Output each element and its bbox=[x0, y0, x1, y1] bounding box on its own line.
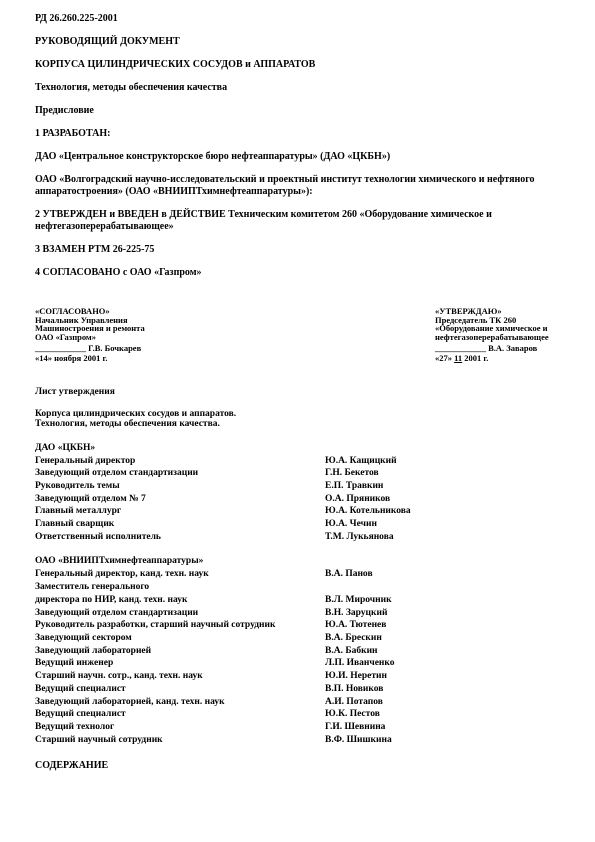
table-row: Заведующий сектором В.А. Брескин bbox=[35, 632, 570, 645]
table-row: Заведующий отделом стандартизации Г.Н. Б… bbox=[35, 467, 570, 480]
person-role: Старший научный сотрудник bbox=[35, 734, 325, 747]
approved-line: 2 УТВЕРЖДЕН и ВВЕДЕН в ДЕЙСТВИЕ Техничес… bbox=[35, 209, 570, 233]
person-name: В.П. Новиков bbox=[325, 683, 570, 696]
person-name: Г.Н. Бекетов bbox=[325, 467, 570, 480]
person-name: Ю.А. Чечин bbox=[325, 518, 570, 531]
approved-date-post: 2001 г. bbox=[462, 353, 488, 363]
person-name: Ю.А. Котельникова bbox=[325, 505, 570, 518]
agreed-signature-line: ____________ Г.В. Бочкарев bbox=[35, 344, 145, 353]
person-name: Ю.К. Пестов bbox=[325, 708, 570, 721]
organization-name-vniipt: ОАО «ВНИИПТхимнефтеаппаратуры» bbox=[35, 555, 570, 567]
table-row: Заведующий лабораторией В.А. Бабкин bbox=[35, 645, 570, 658]
table-row: Ведущий инженер Л.П. Иванченко bbox=[35, 657, 570, 670]
person-role: Главный металлург bbox=[35, 505, 325, 518]
table-row: Заведующий отделом № 7 О.А. Пряников bbox=[35, 493, 570, 506]
approval-sheet-heading: Лист утверждения bbox=[35, 387, 570, 398]
person-role: Главный сварщик bbox=[35, 518, 325, 531]
document-page: РД 26.260.225-2001 РУКОВОДЯЩИЙ ДОКУМЕНТ … bbox=[0, 0, 595, 772]
developed-label: 1 РАЗРАБОТАН: bbox=[35, 128, 570, 140]
subject-line-2: Технология, методы обеспечения качества. bbox=[35, 419, 570, 430]
approved-date-pre: «27» bbox=[435, 353, 454, 363]
person-role: Заместитель генерального директора по НИ… bbox=[35, 581, 325, 606]
person-name: В.А. Бабкин bbox=[325, 645, 570, 658]
person-role: Заведующий сектором bbox=[35, 632, 325, 645]
table-row: Ведущий специалист В.П. Новиков bbox=[35, 683, 570, 696]
person-name: О.А. Пряников bbox=[325, 493, 570, 506]
person-role: Руководитель темы bbox=[35, 480, 325, 493]
approved-date-underlined: 11 bbox=[454, 353, 462, 363]
foreword-heading: Предисловие bbox=[35, 105, 570, 117]
approved-signature-line: ____________ В.А. Заваров bbox=[435, 344, 570, 353]
doc-number: РД 26.260.225-2001 bbox=[35, 13, 570, 25]
table-row: Генеральный директор Ю.А. Кащицкий bbox=[35, 455, 570, 468]
table-row: Старший научн. сотр., канд. техн. наук Ю… bbox=[35, 670, 570, 683]
agreed-line: 4 СОГЛАСОВАНО с ОАО «Газпром» bbox=[35, 267, 570, 279]
table-row: Заведующий отделом стандартизации В.Н. З… bbox=[35, 607, 570, 620]
agreed-line-3: ОАО «Газпром» bbox=[35, 333, 145, 342]
person-role: Ответственный исполнитель bbox=[35, 531, 325, 544]
doc-kind-heading: РУКОВОДЯЩИЙ ДОКУМЕНТ bbox=[35, 36, 570, 48]
person-name: В.А. Панов bbox=[325, 568, 570, 581]
table-row: Заместитель генерального директора по НИ… bbox=[35, 581, 570, 606]
approved-line-3: нефтегазоперерабатывающее bbox=[435, 333, 570, 342]
person-name: В.Ф. Шишкина bbox=[325, 734, 570, 747]
people-table-vniipt: Генеральный директор, канд. техн. наук В… bbox=[35, 568, 570, 746]
table-row: Заведующий лабораторией, канд. техн. нау… bbox=[35, 696, 570, 709]
person-role: Руководитель разработки, старший научный… bbox=[35, 619, 325, 632]
person-role: Ведущий специалист bbox=[35, 683, 325, 696]
developer-1: ДАО «Центральное конструкторское бюро не… bbox=[35, 151, 570, 163]
person-name: Ю.А. Тютенев bbox=[325, 619, 570, 632]
approval-sheet-subject: Корпуса цилиндрических сосудов и аппарат… bbox=[35, 409, 570, 430]
person-role: Ведущий технолог bbox=[35, 721, 325, 734]
table-row: Руководитель темы Е.П. Травкин bbox=[35, 480, 570, 493]
replaces-line: 3 ВЗАМЕН РТМ 26-225-75 bbox=[35, 244, 570, 256]
person-role: Генеральный директор bbox=[35, 455, 325, 468]
person-role: Старший научн. сотр., канд. техн. наук bbox=[35, 670, 325, 683]
table-row: Генеральный директор, канд. техн. наук В… bbox=[35, 568, 570, 581]
agreed-signature-block: «СОГЛАСОВАНО» Начальник Управления Машин… bbox=[35, 307, 145, 363]
table-row: Ведущий специалист Ю.К. Пестов bbox=[35, 708, 570, 721]
table-row: Ведущий технолог Г.И. Шевнина bbox=[35, 721, 570, 734]
approved-date: «27» 11 2001 г. bbox=[435, 354, 570, 363]
contents-heading: СОДЕРЖАНИЕ bbox=[35, 760, 570, 772]
table-row: Руководитель разработки, старший научный… bbox=[35, 619, 570, 632]
developer-2: ОАО «Волгоградский научно-исследовательс… bbox=[35, 174, 570, 198]
signature-section: «СОГЛАСОВАНО» Начальник Управления Машин… bbox=[35, 307, 570, 363]
person-name: Ю.И. Неретин bbox=[325, 670, 570, 683]
doc-subtitle: Технология, методы обеспечения качества bbox=[35, 82, 570, 94]
table-row: Главный сварщик Ю.А. Чечин bbox=[35, 518, 570, 531]
person-name: Т.М. Лукьянова bbox=[325, 531, 570, 544]
table-row: Ответственный исполнитель Т.М. Лукьянова bbox=[35, 531, 570, 544]
person-name: А.И. Потапов bbox=[325, 696, 570, 709]
person-role: Заведующий отделом стандартизации bbox=[35, 607, 325, 620]
person-role: Заведующий отделом стандартизации bbox=[35, 467, 325, 480]
person-name: Г.И. Шевнина bbox=[325, 721, 570, 734]
person-name: В.А. Брескин bbox=[325, 632, 570, 645]
person-role: Заведующий лабораторией bbox=[35, 645, 325, 658]
table-row: Старший научный сотрудник В.Ф. Шишкина bbox=[35, 734, 570, 747]
person-name: Ю.А. Кащицкий bbox=[325, 455, 570, 468]
agreed-date: «14» ноября 2001 г. bbox=[35, 354, 145, 363]
person-role: Ведущий специалист bbox=[35, 708, 325, 721]
table-row: Главный металлург Ю.А. Котельникова bbox=[35, 505, 570, 518]
person-name: В.Л. Мирочник bbox=[325, 594, 570, 607]
organization-name-ckbn: ДАО «ЦКБН» bbox=[35, 442, 570, 454]
person-name: Л.П. Иванченко bbox=[325, 657, 570, 670]
person-name: Е.П. Травкин bbox=[325, 480, 570, 493]
person-name: В.Н. Заруцкий bbox=[325, 607, 570, 620]
doc-title: КОРПУСА ЦИЛИНДРИЧЕСКИХ СОСУДОВ и АППАРАТ… bbox=[35, 59, 570, 71]
subject-line-1: Корпуса цилиндрических сосудов и аппарат… bbox=[35, 409, 570, 420]
person-role: Заведующий отделом № 7 bbox=[35, 493, 325, 506]
approved-signature-block: «УТВЕРЖДАЮ» Председатель ТК 260 «Оборудо… bbox=[435, 307, 570, 363]
people-table-ckbn: Генеральный директор Ю.А. Кащицкий Завед… bbox=[35, 455, 570, 544]
person-role: Ведущий инженер bbox=[35, 657, 325, 670]
person-role: Генеральный директор, канд. техн. наук bbox=[35, 568, 325, 581]
person-role: Заведующий лабораторией, канд. техн. нау… bbox=[35, 696, 325, 709]
